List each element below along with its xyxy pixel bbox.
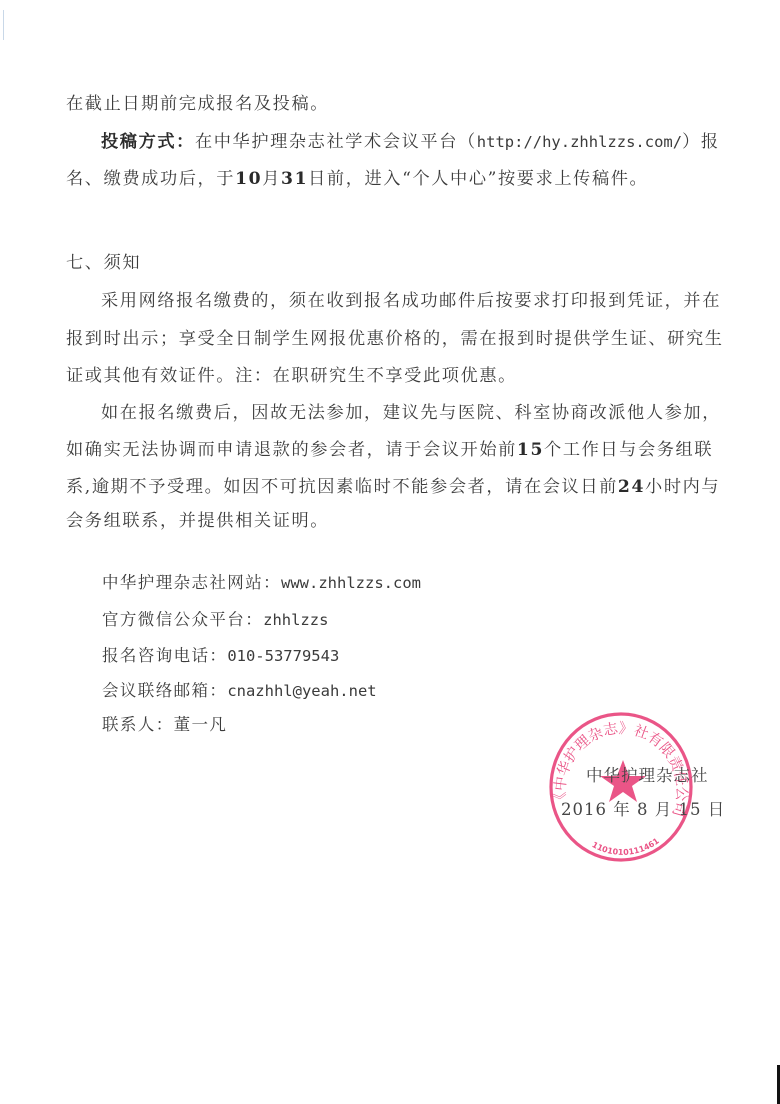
text: 如在报名缴费后，因故无法参加，建议先与医院、科室协商改派他人参加， — [101, 403, 721, 423]
submission-method-label: 投稿方式： — [101, 132, 195, 152]
contact-name: 董一凡 — [174, 715, 228, 734]
contact-email: 会议联络邮箱：cnazhhl@yeah.net — [102, 680, 377, 702]
section-heading: 七、须知 — [66, 252, 141, 274]
text: 报到时出示；享受全日制学生网报优惠价格的，需在报到时提供学生证、研究生 — [66, 329, 724, 349]
text: 个工作日与会务组联 — [544, 440, 713, 460]
text: 如确实无法协调而申请退款的参会者，请于会议开始前 — [66, 440, 517, 460]
official-seal-icon: 《中华护理杂志》社有限责任公司 1101010111461 — [548, 710, 694, 862]
text: 采用网络报名缴费的，须在收到报名成功邮件后按要求打印报到凭证，并在 — [101, 291, 721, 311]
month-number: 10 — [235, 169, 262, 189]
paragraph-2-line-1: 如在报名缴费后，因故无法参加，建议先与医院、科室协商改派他人参加， — [101, 402, 721, 424]
paragraph-2-line-4: 会务组联系，并提供相关证明。 — [66, 510, 329, 532]
text: 日前，进入“个人中心”按要求上传稿件。 — [308, 169, 648, 189]
contact-person: 联系人：董一凡 — [102, 714, 227, 736]
deadline-text: 在截止日期前完成报名及投稿。 — [66, 94, 329, 114]
date-text: 2016 年 8 月 15 日 — [561, 800, 725, 819]
text: 小时内与 — [645, 477, 720, 497]
submission-text-end: ）报 — [682, 132, 720, 152]
text: 名、缴费成功后，于 — [66, 169, 235, 189]
platform-url[interactable]: http://hy.zhhlzzs.com/ — [477, 133, 682, 151]
paragraph-2-line-3: 系,逾期不予受理。如因不可抗因素临时不能参会者，请在会议日前24小时内与 — [66, 476, 720, 498]
day-number: 31 — [281, 169, 308, 189]
paragraph-1-line-3: 证或其他有效证件。注：在职研究生不享受此项优惠。 — [66, 365, 517, 387]
contact-website: 中华护理杂志社网站：www.zhhlzzs.com — [102, 572, 421, 594]
text: 会务组联系，并提供相关证明。 — [66, 511, 329, 531]
phone-number: 010-53779543 — [227, 647, 339, 665]
line-deadline: 在截止日期前完成报名及投稿。 — [66, 93, 329, 115]
text: 月 — [262, 169, 281, 189]
submission-text: 在中华护理杂志社学术会议平台（ — [195, 132, 477, 152]
line-upload-deadline: 名、缴费成功后，于10月31日前，进入“个人中心”按要求上传稿件。 — [66, 168, 648, 190]
text: 系,逾期不予受理。如因不可抗因素临时不能参会者，请在会议日前 — [66, 477, 618, 497]
document-page: 在截止日期前完成报名及投稿。 投稿方式：在中华护理杂志社学术会议平台（http:… — [0, 0, 780, 1104]
line-submission-method: 投稿方式：在中华护理杂志社学术会议平台（http://hy.zhhlzzs.co… — [101, 131, 720, 153]
contact-label: 联系人： — [102, 715, 174, 734]
contact-label: 会议联络邮箱： — [102, 681, 227, 700]
contact-phone: 报名咨询电话：010-53779543 — [102, 645, 339, 667]
paragraph-1-line-2: 报到时出示；享受全日制学生网报优惠价格的，需在报到时提供学生证、研究生 — [66, 328, 724, 350]
text: 证或其他有效证件。注：在职研究生不享受此项优惠。 — [66, 366, 517, 386]
signature-date: 2016 年 8 月 15 日 — [561, 796, 725, 820]
scan-artifact — [3, 10, 4, 40]
org-name: 中华护理杂志社 — [586, 766, 709, 785]
contact-label: 官方微信公众平台： — [102, 610, 263, 629]
wechat-id: zhhlzzs — [263, 611, 328, 629]
contact-wechat: 官方微信公众平台：zhhlzzs — [102, 609, 328, 631]
contact-label: 中华护理杂志社网站： — [102, 573, 281, 592]
workdays-number: 15 — [517, 440, 544, 460]
hours-number: 24 — [618, 477, 645, 497]
paragraph-1-line-1: 采用网络报名缴费的，须在收到报名成功邮件后按要求打印报到凭证，并在 — [101, 290, 721, 312]
contact-label: 报名咨询电话： — [102, 646, 227, 665]
paragraph-2-line-2: 如确实无法协调而申请退款的参会者，请于会议开始前15个工作日与会务组联 — [66, 439, 713, 461]
signature-org: 中华护理杂志社 — [586, 762, 709, 786]
website-link[interactable]: www.zhhlzzs.com — [281, 574, 421, 592]
email-link[interactable]: cnazhhl@yeah.net — [227, 682, 376, 700]
section-7-title: 七、须知 — [66, 253, 141, 273]
